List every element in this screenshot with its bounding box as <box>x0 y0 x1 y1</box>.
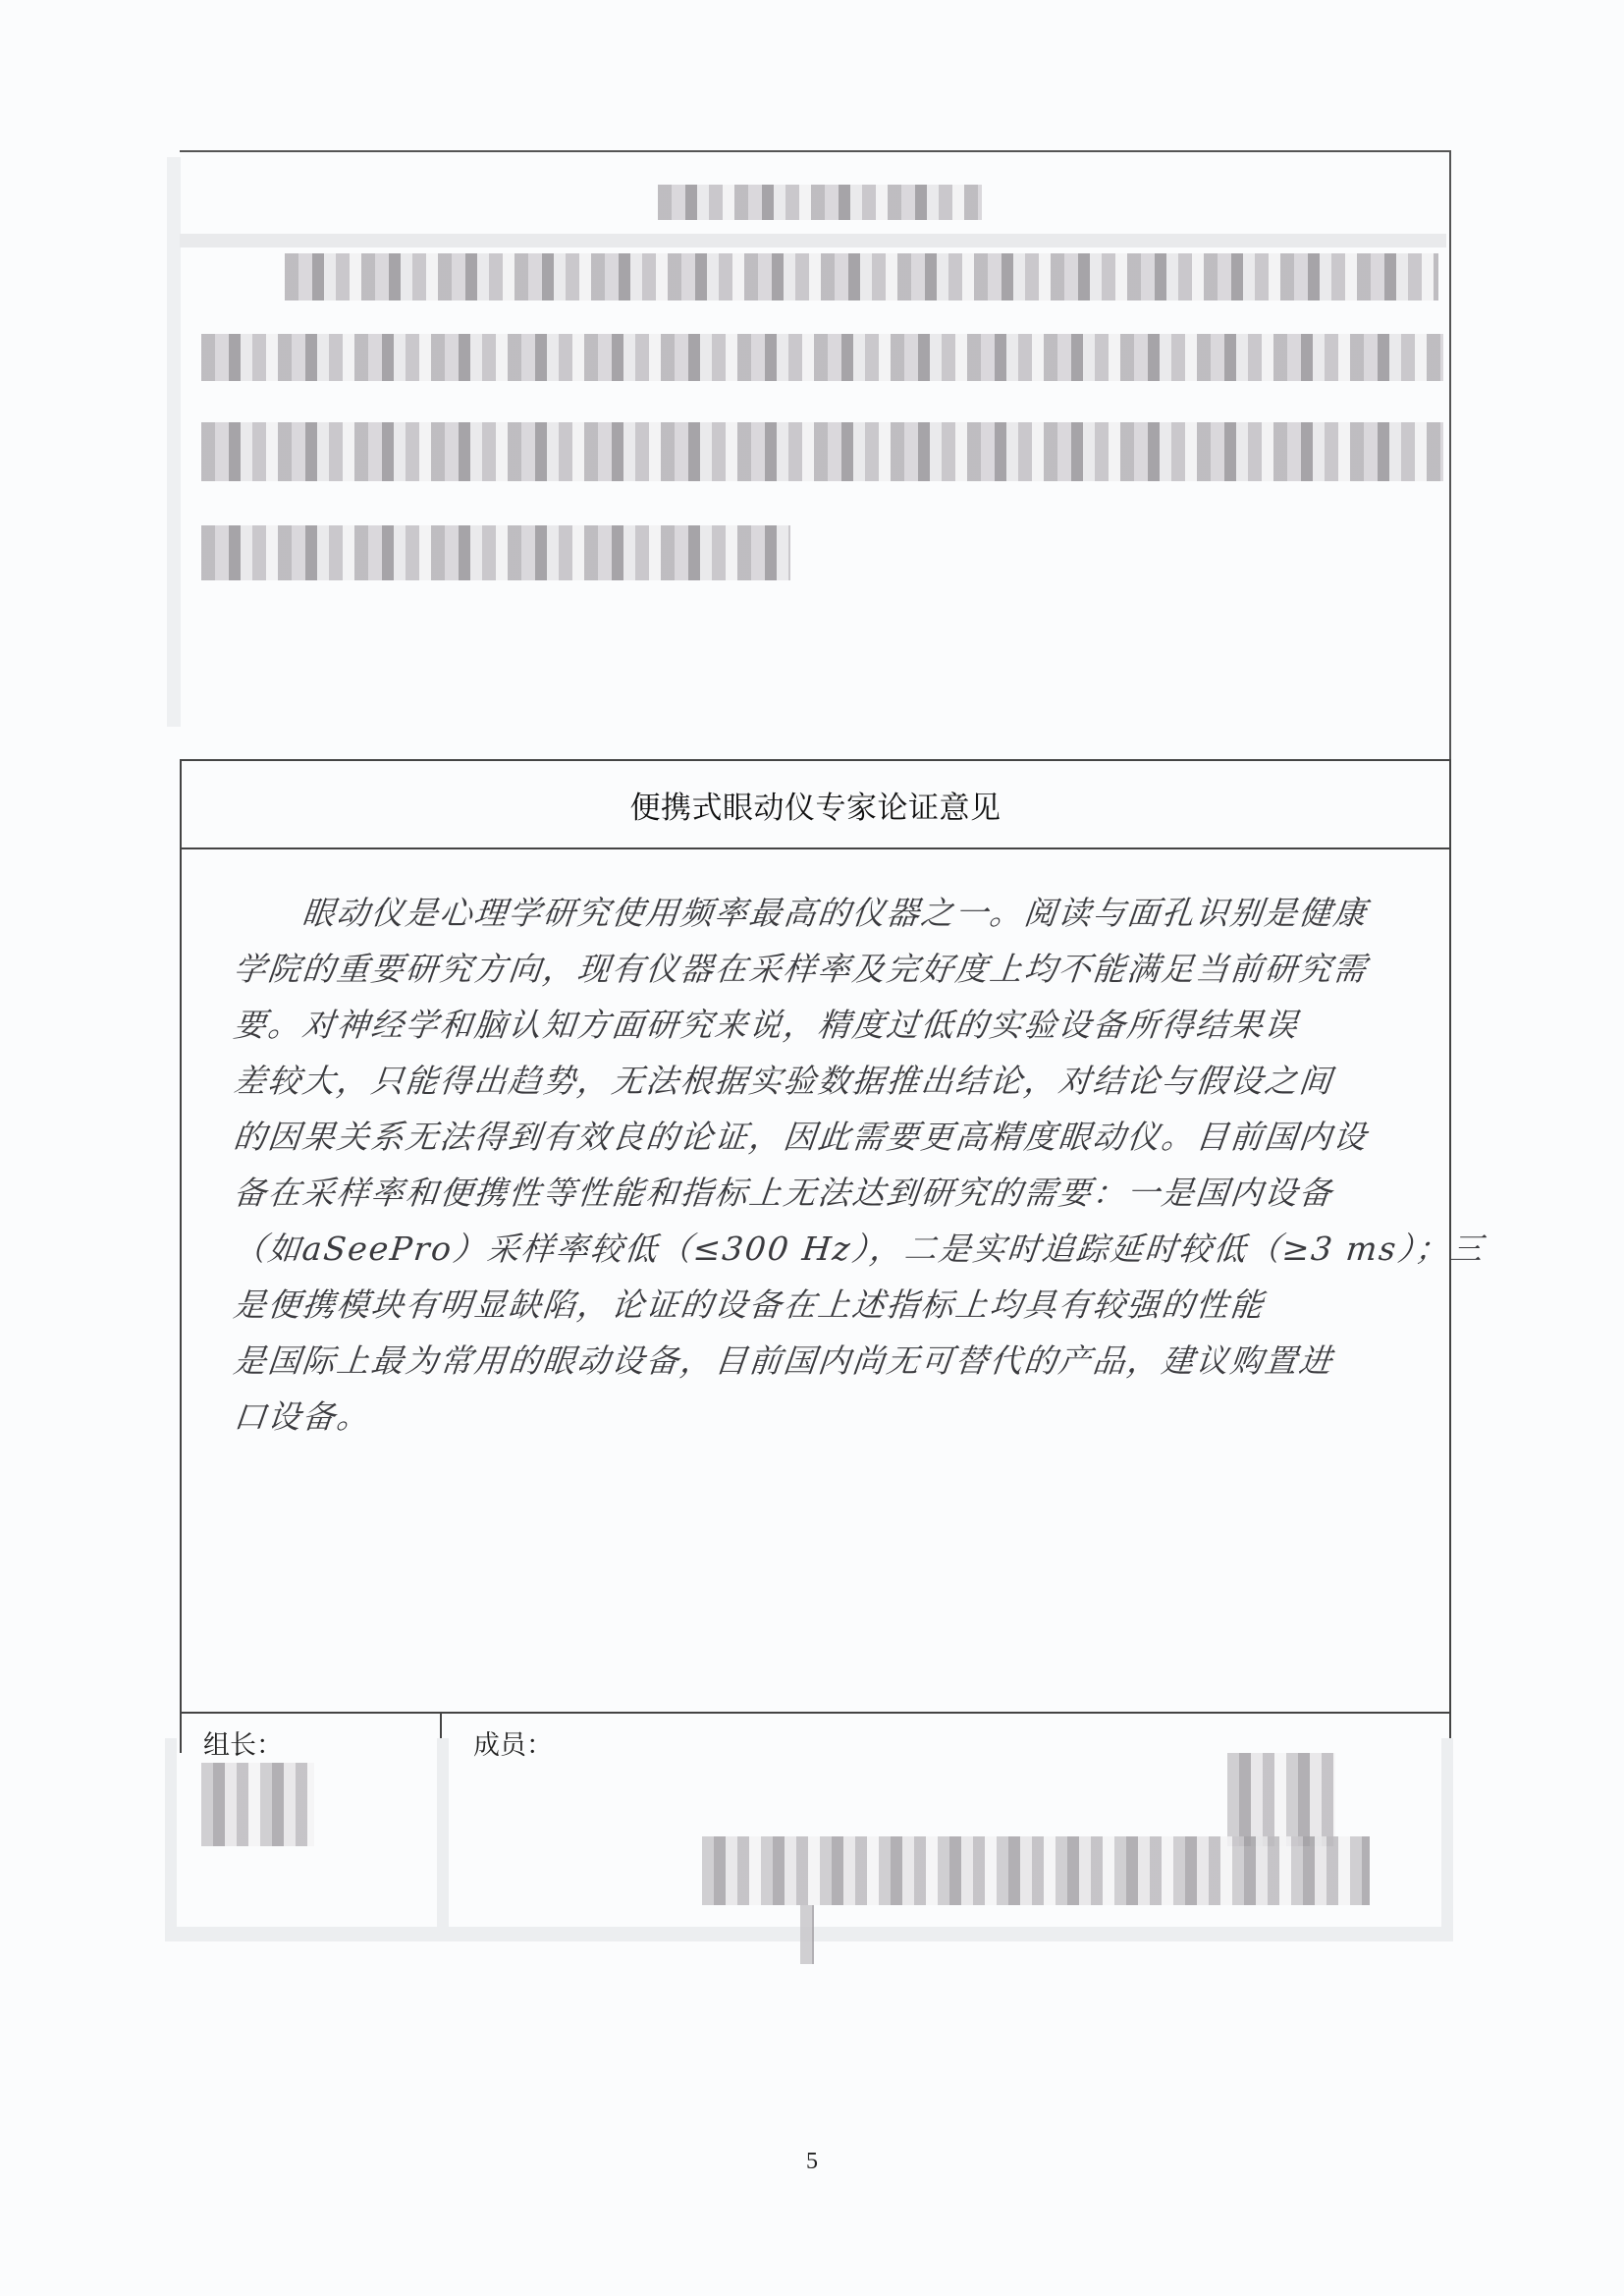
opinion-line: （如aSeePro）采样率较低（≤300 Hz），二是实时追踪延时较低（≥3 m… <box>231 1221 1415 1277</box>
opinion-line: 口设备。 <box>231 1389 1415 1445</box>
redacted-leader-signature <box>201 1763 314 1846</box>
redaction-frame-edge <box>437 1738 449 1940</box>
document-page: 便携式眼动仪专家论证意见 眼动仪是心理学研究使用频率最高的仪器之一。阅读与面孔识… <box>0 0 1624 2296</box>
handwritten-opinion: 眼动仪是心理学研究使用频率最高的仪器之一。阅读与面孔识别是健康 学院的重要研究方… <box>231 885 1409 1445</box>
redaction-divider <box>180 234 1446 247</box>
opinion-cell: 眼动仪是心理学研究使用频率最高的仪器之一。阅读与面孔识别是健康 学院的重要研究方… <box>182 849 1449 1714</box>
section-title: 便携式眼动仪专家论证意见 <box>630 783 1001 827</box>
opinion-line: 学院的重要研究方向，现有仪器在采样率及完好度上均不能满足当前研究需 <box>231 941 1415 997</box>
opinion-line: 眼动仪是心理学研究使用频率最高的仪器之一。阅读与面孔识别是健康 <box>231 885 1415 941</box>
redacted-text-line <box>201 525 790 580</box>
expert-opinion-table: 便携式眼动仪专家论证意见 眼动仪是心理学研究使用频率最高的仪器之一。阅读与面孔识… <box>180 759 1451 1753</box>
section-title-row: 便携式眼动仪专家论证意见 <box>182 759 1449 849</box>
redacted-member-signatures <box>702 1836 1370 1905</box>
page-number: 5 <box>0 2149 1624 2175</box>
redacted-text-line <box>285 253 1438 301</box>
redaction-frame-edge <box>165 1738 177 1940</box>
opinion-line: 的因果关系无法得到有效良的论证，因此需要更高精度眼动仪。目前国内设 <box>231 1109 1415 1165</box>
redaction-frame-edge <box>1441 1738 1453 1940</box>
redacted-text-line <box>201 422 1443 481</box>
opinion-line: 要。对神经学和脑认知方面研究来说，精度过低的实验设备所得结果误 <box>231 997 1415 1053</box>
opinion-line: 差较大，只能得出趋势，无法根据实验数据推出结论，对结论与假设之间 <box>231 1053 1415 1109</box>
redacted-section-title <box>658 185 982 220</box>
redacted-text-line <box>201 334 1443 381</box>
opinion-line: 备在采样率和便携性等性能和指标上无法达到研究的需要：一是国内设备 <box>231 1165 1415 1221</box>
redacted-signature-stroke <box>800 1905 814 1964</box>
opinion-line: 是国际上最为常用的眼动设备，目前国内尚无可替代的产品，建议购置进 <box>231 1333 1415 1389</box>
opinion-line: 是便携模块有明显缺陷，论证的设备在上述指标上均具有较强的性能 <box>231 1277 1415 1333</box>
redacted-member-signature <box>1227 1753 1335 1846</box>
